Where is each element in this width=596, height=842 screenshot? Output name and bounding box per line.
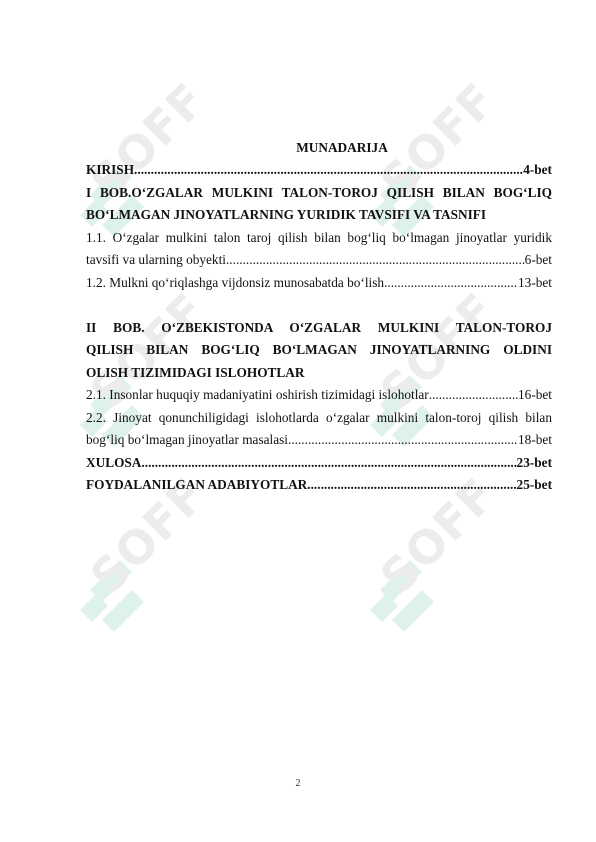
toc-section-2-2-line-1[interactable]: 2.2. Jinoyat qonunchiligidagi islohotlar… (86, 407, 552, 430)
dot-leader (141, 452, 516, 475)
chapter-2-heading-line-2[interactable]: QILISH BILAN BOG‘LIQ BO‘LMAGAN JINOYATLA… (86, 339, 552, 362)
chapter-2-heading-line-1[interactable]: II BOB. O‘ZBEKISTONDA O‘ZGALAR MULKINI T… (86, 317, 552, 340)
toc-entry-section-1-2[interactable]: 1.2. Mulkni qo‘riqlashga vijdonsiz munos… (86, 272, 552, 295)
toc-entry-page: 16-bet (518, 384, 552, 407)
toc-entry-page: 23-bet (517, 452, 552, 475)
dot-leader (429, 384, 518, 407)
toc-section-1-1-line-1[interactable]: 1.1. O‘zgalar mulkini talon taroj qilish… (86, 227, 552, 250)
soff-logo-icon (80, 550, 160, 640)
toc-entry-label: XULOSA (86, 452, 141, 475)
toc-entry-section-2-1[interactable]: 2.1. Insonlar huquqiy madaniyatini oshir… (86, 384, 552, 407)
watermark: SOFF (80, 480, 270, 670)
dot-leader (288, 429, 518, 452)
chapter-2-heading-line-3[interactable]: OLISH TIZIMIDAGI ISLOHOTLAR (86, 362, 552, 385)
toc-entry-label: KIRISH (86, 159, 134, 182)
toc-title: MUNADARIJA (86, 137, 552, 159)
toc-entry-section-2-2[interactable]: bog‘liq bo‘lmagan jinoyatlar masalasi 18… (86, 429, 552, 452)
dot-leader (307, 474, 516, 497)
toc-entry-section-1-1[interactable]: tavsifi va ularning obyekti 6-bet (86, 249, 552, 272)
table-of-contents: MUNADARIJA KIRISH 4-bet I BOB.O‘ZGALAR M… (86, 137, 552, 497)
toc-entry-label: 2.1. Insonlar huquqiy madaniyatini oshir… (86, 384, 429, 407)
dot-leader (384, 272, 518, 295)
toc-entry-label: tavsifi va ularning obyekti (86, 249, 226, 272)
toc-entry-page: 6-bet (525, 249, 552, 272)
toc-entry-page: 13-bet (518, 272, 552, 295)
toc-entry-label: 1.2. Mulkni qo‘riqlashga vijdonsiz munos… (86, 272, 384, 295)
soff-logo-icon (370, 550, 450, 640)
toc-entry-intro[interactable]: KIRISH 4-bet (86, 159, 552, 182)
document-page: SOFF SOFF SOFF SOFF SOFF SOFF MUNADARIJA… (0, 0, 596, 842)
chapter-1-heading-line-2[interactable]: BO‘LMAGAN JINOYATLARNING YURIDIK TAVSIFI… (86, 204, 552, 227)
chapter-1-heading-line-1[interactable]: I BOB.O‘ZGALAR MULKINI TALON-TOROJ QILIS… (86, 182, 552, 205)
toc-entry-label: FOYDALANILGAN ADABIYOTLAR (86, 474, 307, 497)
toc-entry-references[interactable]: FOYDALANILGAN ADABIYOTLAR 25-bet (86, 474, 552, 497)
toc-entry-page: 18-bet (518, 429, 552, 452)
watermark: SOFF (370, 480, 560, 670)
page-number: 2 (0, 778, 596, 789)
toc-entry-label: bog‘liq bo‘lmagan jinoyatlar masalasi (86, 429, 288, 452)
spacer (86, 294, 552, 317)
toc-entry-page: 25-bet (517, 474, 552, 497)
toc-entry-page: 4-bet (523, 159, 552, 182)
toc-entry-conclusion[interactable]: XULOSA 23-bet (86, 452, 552, 475)
dot-leader (226, 249, 525, 272)
dot-leader (134, 159, 523, 182)
